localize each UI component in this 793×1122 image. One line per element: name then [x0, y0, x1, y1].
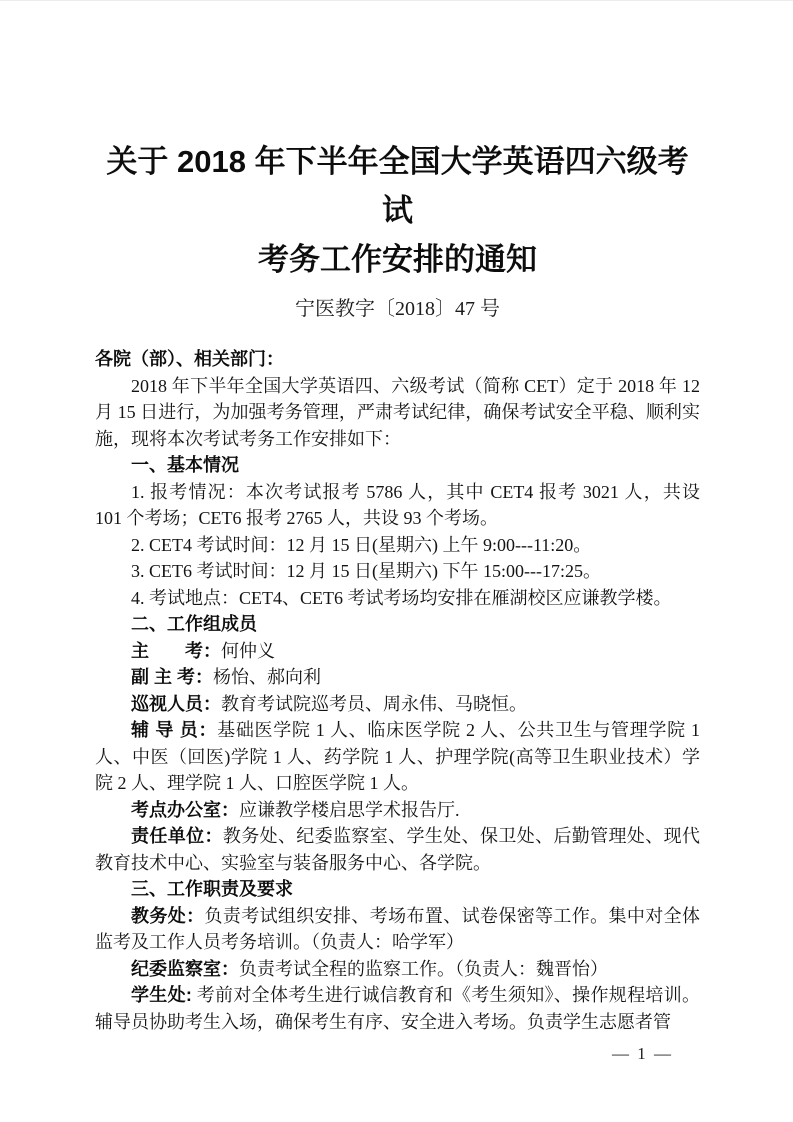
paragraph-label: 主 考： [131, 641, 221, 661]
paragraph: 巡视人员：教育考试院巡考员、周永伟、马晓恒。 [95, 691, 700, 718]
paragraph: 学生处: 考前对全体考生进行诚信教育和《考生须知》、操作规程培训。辅导员协助考生… [95, 982, 700, 1035]
document-title: 关于 2018 年下半年全国大学英语四六级考试 考务工作安排的通知 [95, 137, 700, 284]
paragraph-label: 学生处: [131, 985, 192, 1005]
document-content: 关于 2018 年下半年全国大学英语四六级考试 考务工作安排的通知 宁医教字〔2… [95, 137, 700, 1035]
paragraph: 教务处：负责考试组织安排、考场布置、试卷保密等工作。集中对全体监考及工作人员考务… [95, 903, 700, 956]
document-number: 宁医教字〔2018〕47 号 [95, 296, 700, 322]
section-heading: 二、工作组成员 [95, 611, 700, 638]
paragraph: 考点办公室：应谦教学楼启思学术报告厅. [95, 797, 700, 824]
paragraph: 责任单位：教务处、纪委监察室、学生处、保卫处、后勤管理处、现代教育技术中心、实验… [95, 823, 700, 876]
paragraph: 2. CET4 考试时间：12 月 15 日(星期六) 上午 9:00---11… [95, 532, 700, 559]
document-body: 各院（部）、相关部门：2018 年下半年全国大学英语四、六级考试（简称 CET）… [95, 346, 700, 1035]
paragraph-label: 副 主 考： [131, 667, 213, 687]
paragraph: 纪委监察室：负责考试全程的监察工作。（负责人：魏晋怡） [95, 956, 700, 983]
paragraph: 主 考：何仲义 [95, 638, 700, 665]
paragraph: 1. 报考情况：本次考试报考 5786 人，其中 CET4 报考 3021 人，… [95, 479, 700, 532]
paragraph-label: 巡视人员： [131, 694, 221, 714]
paragraph: 3. CET6 考试时间：12 月 15 日(星期六) 下午 15:00---1… [95, 558, 700, 585]
paragraph: 4. 考试地点：CET4、CET6 考试考场均安排在雁湖校区应谦教学楼。 [95, 585, 700, 612]
paragraph: 辅 导 员：基础医学院 1 人、临床医学院 2 人、公共卫生与管理学院 1 人、… [95, 717, 700, 797]
paragraph-label: 教务处： [131, 906, 204, 926]
section-heading: 三、工作职责及要求 [95, 876, 700, 903]
paragraph: 副 主 考：杨怡、郝向利 [95, 664, 700, 691]
document-title-line-1: 关于 2018 年下半年全国大学英语四六级考试 [95, 137, 700, 235]
page-number: — 1 — [612, 1043, 673, 1065]
notice-document-page: 关于 2018 年下半年全国大学英语四六级考试 考务工作安排的通知 宁医教字〔2… [0, 0, 793, 1122]
document-title-line-2: 考务工作安排的通知 [95, 235, 700, 284]
paragraph-label: 辅 导 员： [131, 720, 217, 740]
salutation: 各院（部）、相关部门： [95, 346, 700, 373]
paragraph-label: 考点办公室： [131, 800, 239, 820]
paragraph: 2018 年下半年全国大学英语四、六级考试（简称 CET）定于 2018 年 1… [95, 373, 700, 453]
paragraph-label: 责任单位： [131, 826, 223, 846]
paragraph-label: 纪委监察室： [131, 959, 239, 979]
section-heading: 一、基本情况 [95, 452, 700, 479]
